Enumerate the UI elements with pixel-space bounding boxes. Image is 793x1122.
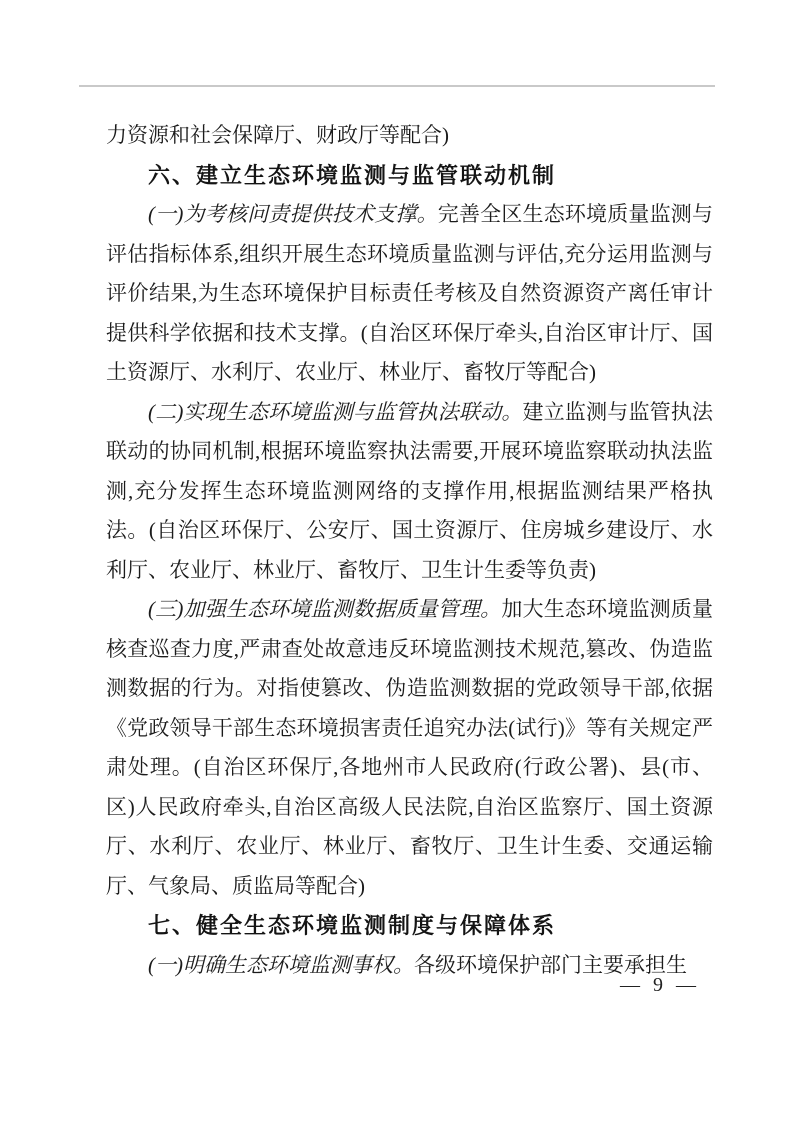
paragraph-two: (二)实现生态环境监测与监管执法联动。建立监测与监管执法联动的协同机制,根据环境… [106,393,713,591]
paragraph-three: (三)加强生态环境监测数据质量管理。加大生态环境监测质量核查巡查力度,严肃查处故… [106,590,713,906]
document-page: 力资源和社会保障厅、财政厅等配合) 六、建立生态环境监测与监管联动机制 (一)为… [0,0,793,1122]
paragraph-one-text: 完善全区生态环境质量监测与评估指标体系,组织开展生态环境质量监测与评估,充分运用… [106,202,713,384]
paragraph-three-text: 加大生态环境监测质量核查巡查力度,严肃查处故意违反环境监测技术规范,篡改、伪造监… [106,597,713,898]
paragraph-continuation: 力资源和社会保障厅、财政厅等配合) [106,116,713,156]
header-divider-rule [79,85,715,87]
page-number: — 9 — [620,974,700,997]
paragraph-three-lead: (三)加强生态环境监测数据质量管理。 [148,597,501,621]
paragraph-two-lead: (二)实现生态环境监测与监管执法联动。 [148,400,523,424]
paragraph-one-lead: (一)为考核问责提供技术支撑。 [148,202,438,226]
paragraph-one: (一)为考核问责提供技术支撑。完善全区生态环境质量监测与评估指标体系,组织开展生… [106,195,713,393]
document-body: 力资源和社会保障厅、财政厅等配合) 六、建立生态环境监测与监管联动机制 (一)为… [106,116,713,985]
paragraph-two-text: 建立监测与监管执法联动的协同机制,根据环境监察执法需要,开展环境监察联动执法监测… [106,400,713,582]
section-heading-six: 六、建立生态环境监测与监管联动机制 [106,156,713,196]
paragraph-four-lead: (一)明确生态环境监测事权。 [148,953,414,977]
section-heading-seven: 七、健全生态环境监测制度与保障体系 [106,906,713,946]
paragraph-four-text: 各级环境保护部门主要承担生 [414,953,687,977]
